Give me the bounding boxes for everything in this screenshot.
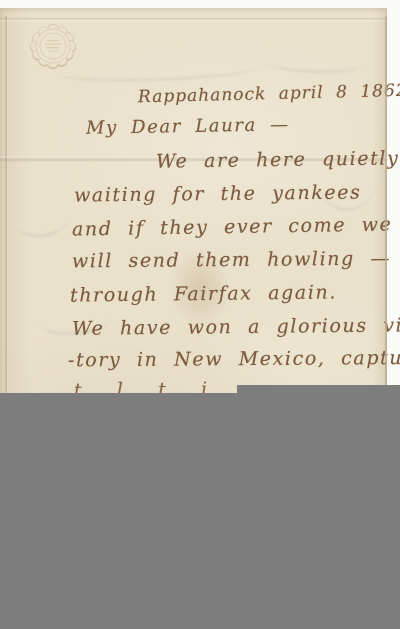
gray-redaction-block <box>0 393 400 629</box>
letter-body-line: -tory in New Mexico, capturing <box>68 347 400 372</box>
letter-body-line: We are here quietly <box>156 147 400 172</box>
scanned-letter-photo: Rappahanock april 8 1862 My Dear Laura —… <box>0 0 400 629</box>
letter-body-line: and if they ever come we <box>72 213 393 240</box>
letter-body-line: through Fairfax again. <box>70 281 337 306</box>
letter-body-line: We have won a glorious vic- <box>72 314 400 340</box>
letter-body-line: waiting for the yankees <box>74 181 362 206</box>
letter-salutation: My Dear Laura — <box>86 114 290 139</box>
letter-body-line: will send them howling — <box>72 248 391 273</box>
letter-dateline: Rappahanock april 8 1862 <box>138 81 400 108</box>
